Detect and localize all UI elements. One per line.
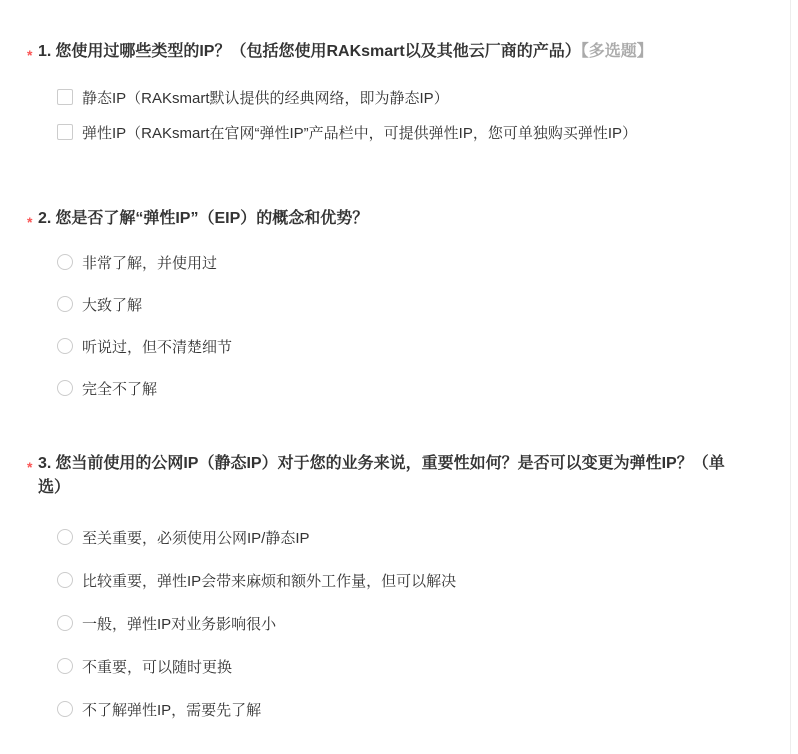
question-text: 您当前使用的公网IP（静态IP）对于您的业务来说，重要性如何？是否可以变更为弹性… — [38, 455, 725, 496]
option-label: 大致了解 — [82, 294, 142, 315]
option-label: 不了解弹性IP，需要先了解 — [82, 699, 261, 720]
option-label: 非常了解，并使用过 — [82, 252, 217, 273]
radio-option[interactable]: 一般，弹性IP对业务影响很小 — [57, 614, 798, 632]
question-number: 3. — [38, 455, 51, 472]
radio-icon[interactable] — [57, 701, 73, 717]
question-number: 2. — [38, 210, 51, 227]
required-asterisk: * — [27, 455, 32, 479]
option-label: 完全不了解 — [82, 378, 157, 399]
question-3-block: *3.您当前使用的公网IP（静态IP）对于您的业务来说，重要性如何？是否可以变更… — [38, 452, 798, 718]
required-asterisk: * — [27, 43, 32, 67]
radio-icon[interactable] — [57, 296, 73, 312]
question-2-block: *2.您是否了解“弹性IP”（EIP）的概念和优势？ 非常了解，并使用过 大致了… — [38, 207, 798, 397]
radio-icon[interactable] — [57, 572, 73, 588]
option-label: 比较重要，弹性IP会带来麻烦和额外工作量，但可以解决 — [82, 570, 456, 591]
question-title: *1.您使用过哪些类型的IP？（包括您使用RAKsmart以及其他云厂商的产品）… — [38, 40, 738, 64]
page-edge-divider — [790, 0, 791, 754]
radio-option[interactable]: 不了解弹性IP，需要先了解 — [57, 700, 798, 718]
question-title: *2.您是否了解“弹性IP”（EIP）的概念和优势？ — [38, 207, 738, 231]
survey-page: *1.您使用过哪些类型的IP？（包括您使用RAKsmart以及其他云厂商的产品）… — [0, 0, 798, 718]
option-label: 至关重要，必须使用公网IP/静态IP — [82, 527, 310, 548]
radio-option[interactable]: 听说过，但不清楚细节 — [57, 337, 798, 355]
checkbox-icon[interactable] — [57, 124, 73, 140]
option-label: 听说过，但不清楚细节 — [82, 336, 232, 357]
question-number: 1. — [38, 43, 51, 60]
radio-icon[interactable] — [57, 380, 73, 396]
option-label: 弹性IP（RAKsmart在官网“弹性IP”产品栏中，可提供弹性IP，您可单独购… — [82, 122, 637, 143]
radio-option[interactable]: 非常了解，并使用过 — [57, 253, 798, 271]
radio-option[interactable]: 完全不了解 — [57, 379, 798, 397]
checkbox-option[interactable]: 弹性IP（RAKsmart在官网“弹性IP”产品栏中，可提供弹性IP，您可单独购… — [57, 123, 798, 141]
options-list: 非常了解，并使用过 大致了解 听说过，但不清楚细节 完全不了解 — [38, 253, 798, 397]
option-label: 不重要，可以随时更换 — [82, 656, 232, 677]
question-1-block: *1.您使用过哪些类型的IP？（包括您使用RAKsmart以及其他云厂商的产品）… — [38, 40, 798, 141]
radio-icon[interactable] — [57, 254, 73, 270]
question-text: 您使用过哪些类型的IP？（包括您使用RAKsmart以及其他云厂商的产品） — [55, 43, 580, 60]
required-asterisk: * — [27, 210, 32, 234]
radio-icon[interactable] — [57, 338, 73, 354]
radio-icon[interactable] — [57, 615, 73, 631]
radio-icon[interactable] — [57, 529, 73, 545]
option-label: 静态IP（RAKsmart默认提供的经典网络，即为静态IP） — [82, 87, 449, 108]
radio-option[interactable]: 至关重要，必须使用公网IP/静态IP — [57, 528, 798, 546]
radio-option[interactable]: 大致了解 — [57, 295, 798, 313]
checkbox-icon[interactable] — [57, 89, 73, 105]
question-type-tag: 【多选题】 — [581, 43, 653, 60]
radio-option[interactable]: 比较重要，弹性IP会带来麻烦和额外工作量，但可以解决 — [57, 571, 798, 589]
question-text: 您是否了解“弹性IP”（EIP）的概念和优势？ — [55, 210, 368, 227]
checkbox-option[interactable]: 静态IP（RAKsmart默认提供的经典网络，即为静态IP） — [57, 88, 798, 106]
options-list: 至关重要，必须使用公网IP/静态IP 比较重要，弹性IP会带来麻烦和额外工作量，… — [38, 528, 798, 718]
radio-icon[interactable] — [57, 658, 73, 674]
option-label: 一般，弹性IP对业务影响很小 — [82, 613, 276, 634]
question-title: *3.您当前使用的公网IP（静态IP）对于您的业务来说，重要性如何？是否可以变更… — [38, 452, 738, 500]
options-list: 静态IP（RAKsmart默认提供的经典网络，即为静态IP） 弹性IP（RAKs… — [38, 88, 798, 141]
radio-option[interactable]: 不重要，可以随时更换 — [57, 657, 798, 675]
